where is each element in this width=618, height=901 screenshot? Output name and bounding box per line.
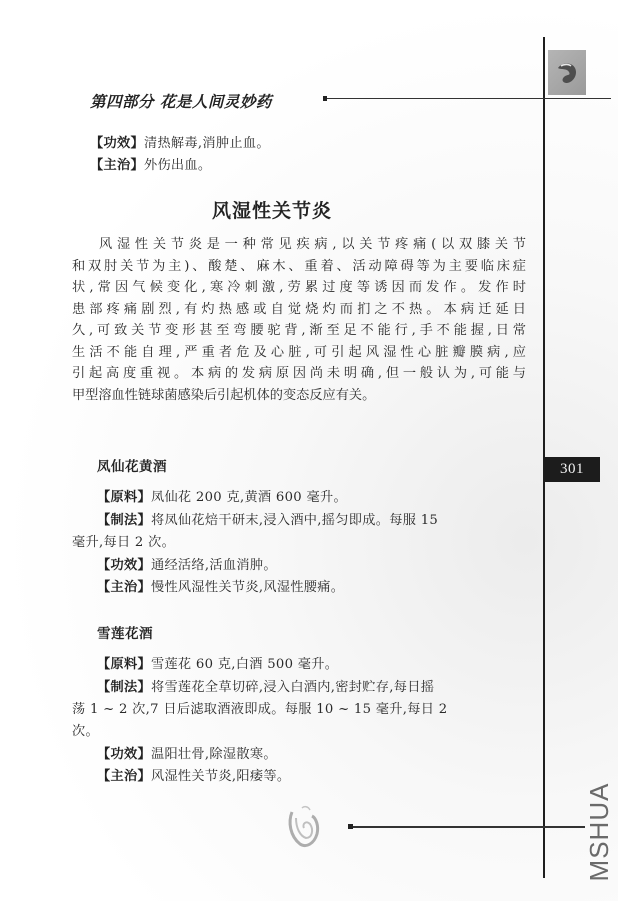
effect-label: 【功效】	[90, 136, 144, 151]
intro-line: 状,常因气候变化,寒冷刺激,劳累过度等诱因而发作。发作时	[72, 277, 526, 299]
method-text: 将雪莲花全草切碎,浸入白酒内,密封贮存,每日摇	[151, 680, 434, 695]
recipe-method-cont: 荡 1 ~ 2 次,7 日后滤取酒液即成。每服 10 ~ 15 毫升,每日 2	[72, 700, 447, 720]
indication-label: 【主治】	[97, 580, 151, 595]
recipe-method: 【制法】将凤仙花焙干研末,浸入酒中,摇匀即成。每服 15	[97, 511, 438, 531]
flower-ornament-icon	[286, 804, 322, 850]
intro-line: 和双肘关节为主)、酸楚、麻木、重着、活动障碍等为主要临床症	[72, 256, 526, 278]
recipe-method: 【制法】将雪莲花全草切碎,浸入白酒内,密封贮存,每日摇	[97, 678, 434, 698]
recipe-indication: 【主治】风湿性关节炎,阳痿等。	[97, 767, 290, 787]
intro-line: 患部疼痛剧烈,有灼热感或自觉烧灼而扪之不热。本病迁延日	[72, 299, 526, 321]
footer-rule	[353, 826, 585, 828]
effect-label: 【功效】	[97, 747, 151, 762]
intro-line: 久,可致关节变形甚至弯腰驼背,渐至足不能行,手不能握,日常	[72, 320, 526, 342]
method-text: 将凤仙花焙干研末,浸入酒中,摇匀即成。每服 15	[151, 513, 438, 528]
indication-text: 慢性风湿性关节炎,风湿性腰痛。	[151, 580, 344, 595]
recipe-method-cont: 毫升,每日 2 次。	[72, 533, 175, 553]
recipe-title: 雪莲花酒	[97, 622, 153, 642]
intro-line: 风湿性关节炎是一种常见疾病,以关节疼痛(以双膝关节	[72, 234, 526, 256]
recipe-effect: 【功效】温阳壮骨,除湿散寒。	[97, 745, 277, 765]
ingredients-label: 【原料】	[97, 490, 151, 505]
recipe-indication: 【主治】慢性风湿性关节炎,风湿性腰痛。	[97, 578, 344, 598]
effect-text: 温阳壮骨,除湿散寒。	[151, 747, 277, 762]
method-label: 【制法】	[97, 680, 151, 695]
recipe-ingredients: 【原料】雪莲花 60 克,白酒 500 毫升。	[97, 655, 338, 675]
indication-text: 风湿性关节炎,阳痿等。	[151, 769, 290, 784]
recipe-title: 凤仙花黄酒	[97, 455, 167, 475]
recipe-effect: 【功效】通经活络,活血消肿。	[97, 556, 277, 576]
running-header: 第四部分 花是人间灵妙药	[90, 90, 272, 112]
header-rule	[327, 98, 611, 100]
prev-indication-line: 【主治】外伤出血。	[90, 156, 211, 176]
effect-text: 清热解毒,消肿止血。	[144, 136, 270, 151]
indication-label: 【主治】	[97, 769, 151, 784]
effect-label: 【功效】	[97, 558, 151, 573]
effect-text: 通经活络,活血消肿。	[151, 558, 277, 573]
indication-label: 【主治】	[90, 158, 144, 173]
flower-thumbnail-icon	[548, 50, 586, 95]
ingredients-text: 雪莲花 60 克,白酒 500 毫升。	[151, 657, 338, 672]
ingredients-text: 凤仙花 200 克,黄酒 600 毫升。	[151, 490, 347, 505]
indication-text: 外伤出血。	[144, 158, 211, 173]
watermark-text: MSHUA	[585, 777, 613, 887]
section-intro-paragraph: 风湿性关节炎是一种常见疾病,以关节疼痛(以双膝关节 和双肘关节为主)、酸楚、麻木…	[72, 234, 526, 406]
intro-line: 甲型溶血性链球菌感染后引起机体的变态反应有关。	[72, 385, 526, 407]
intro-line: 生活不能自理,严重者危及心脏,可引起风湿性心脏瓣膜病,应	[72, 342, 526, 364]
ingredients-label: 【原料】	[97, 657, 151, 672]
intro-line: 引起高度重视。本病的发病原因尚未明确,但一般认为,可能与	[72, 363, 526, 385]
section-title: 风湿性关节炎	[0, 196, 544, 223]
recipe-method-cont: 次。	[72, 722, 99, 742]
recipe-ingredients: 【原料】凤仙花 200 克,黄酒 600 毫升。	[97, 488, 347, 508]
method-label: 【制法】	[97, 513, 151, 528]
prev-effect-line: 【功效】清热解毒,消肿止血。	[90, 134, 270, 154]
page-number: 301	[544, 457, 600, 482]
